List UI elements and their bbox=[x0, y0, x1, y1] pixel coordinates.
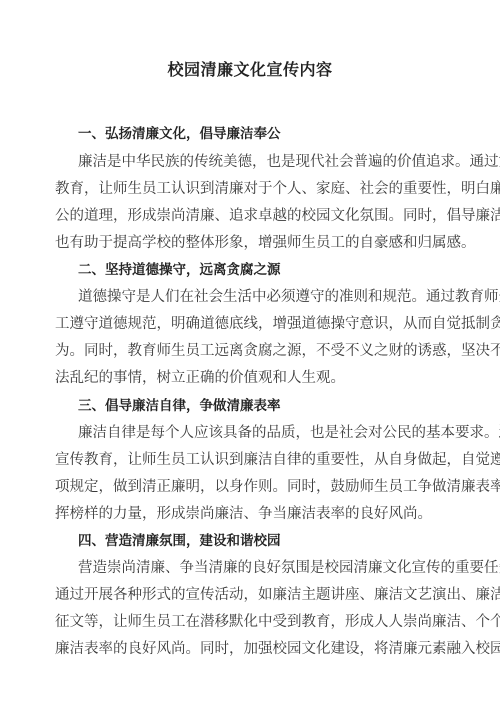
paragraph-line: 也有助于提高学校的整体形象，增强师生员工的自豪感和归属感。 bbox=[55, 231, 446, 252]
section-heading-4: 四、营造清廉氛围，建设和谐校园 bbox=[78, 529, 281, 549]
paragraph-line: 廉洁是中华民族的传统美德，也是现代社会普遍的价值追求。通过宣传 bbox=[78, 150, 446, 171]
paragraph-line: 项规定，做到清正廉明，以身作则。同时，鼓励师生员工争做清廉表率，发 bbox=[55, 475, 446, 496]
paragraph-line: 为。同时，教育师生员工远离贪腐之源，不受不义之财的诱惑，坚决不做违 bbox=[55, 339, 446, 360]
paragraph-line: 法乱纪的事情，树立正确的价值观和人生观。 bbox=[55, 366, 446, 387]
section-heading-2: 二、坚持道德操守，远离贪腐之源 bbox=[78, 258, 281, 278]
section-heading-3: 三、倡导廉洁自律，争做清廉表率 bbox=[78, 394, 281, 414]
document-page: 校园清廉文化宣传内容 一、弘扬清廉文化，倡导廉洁奉公 廉洁是中华民族的传统美德，… bbox=[0, 0, 500, 707]
paragraph-line: 营造崇尚清廉、争当清廉的良好氛围是校园清廉文化宣传的重要任务。 bbox=[78, 556, 446, 577]
paragraph-line: 征文等，让师生员工在潜移默化中受到教育，形成人人崇尚廉洁、个个争当 bbox=[55, 610, 446, 631]
paragraph-line: 公的道理，形成崇尚清廉、追求卓越的校园文化氛围。同时，倡导廉洁奉公 bbox=[55, 204, 446, 225]
paragraph-line: 通过开展各种形式的宣传活动，如廉洁主题讲座、廉洁文艺演出、廉洁主题 bbox=[55, 583, 446, 604]
paragraph-line: 宣传教育，让师生员工认识到廉洁自律的重要性，从自身做起，自觉遵守各 bbox=[55, 448, 446, 469]
document-title: 校园清廉文化宣传内容 bbox=[0, 57, 500, 80]
section-heading-1: 一、弘扬清廉文化，倡导廉洁奉公 bbox=[78, 122, 281, 142]
paragraph-line: 廉洁表率的良好风尚。同时，加强校园文化建设，将清廉元素融入校园文化 bbox=[55, 637, 446, 658]
paragraph-line: 工遵守道德规范，明确道德底线，增强道德操守意识，从而自觉抵制贪腐行 bbox=[55, 312, 446, 333]
paragraph-line: 挥榜样的力量，形成崇尚廉洁、争当廉洁表率的良好风尚。 bbox=[55, 502, 446, 523]
paragraph-line: 教育，让师生员工认识到清廉对于个人、家庭、社会的重要性，明白廉洁奉 bbox=[55, 177, 446, 198]
paragraph-line: 道德操守是人们在社会生活中必须遵守的准则和规范。通过教育师生员 bbox=[78, 285, 446, 306]
paragraph-line: 廉洁自律是每个人应该具备的品质，也是社会对公民的基本要求。通过 bbox=[78, 421, 446, 442]
